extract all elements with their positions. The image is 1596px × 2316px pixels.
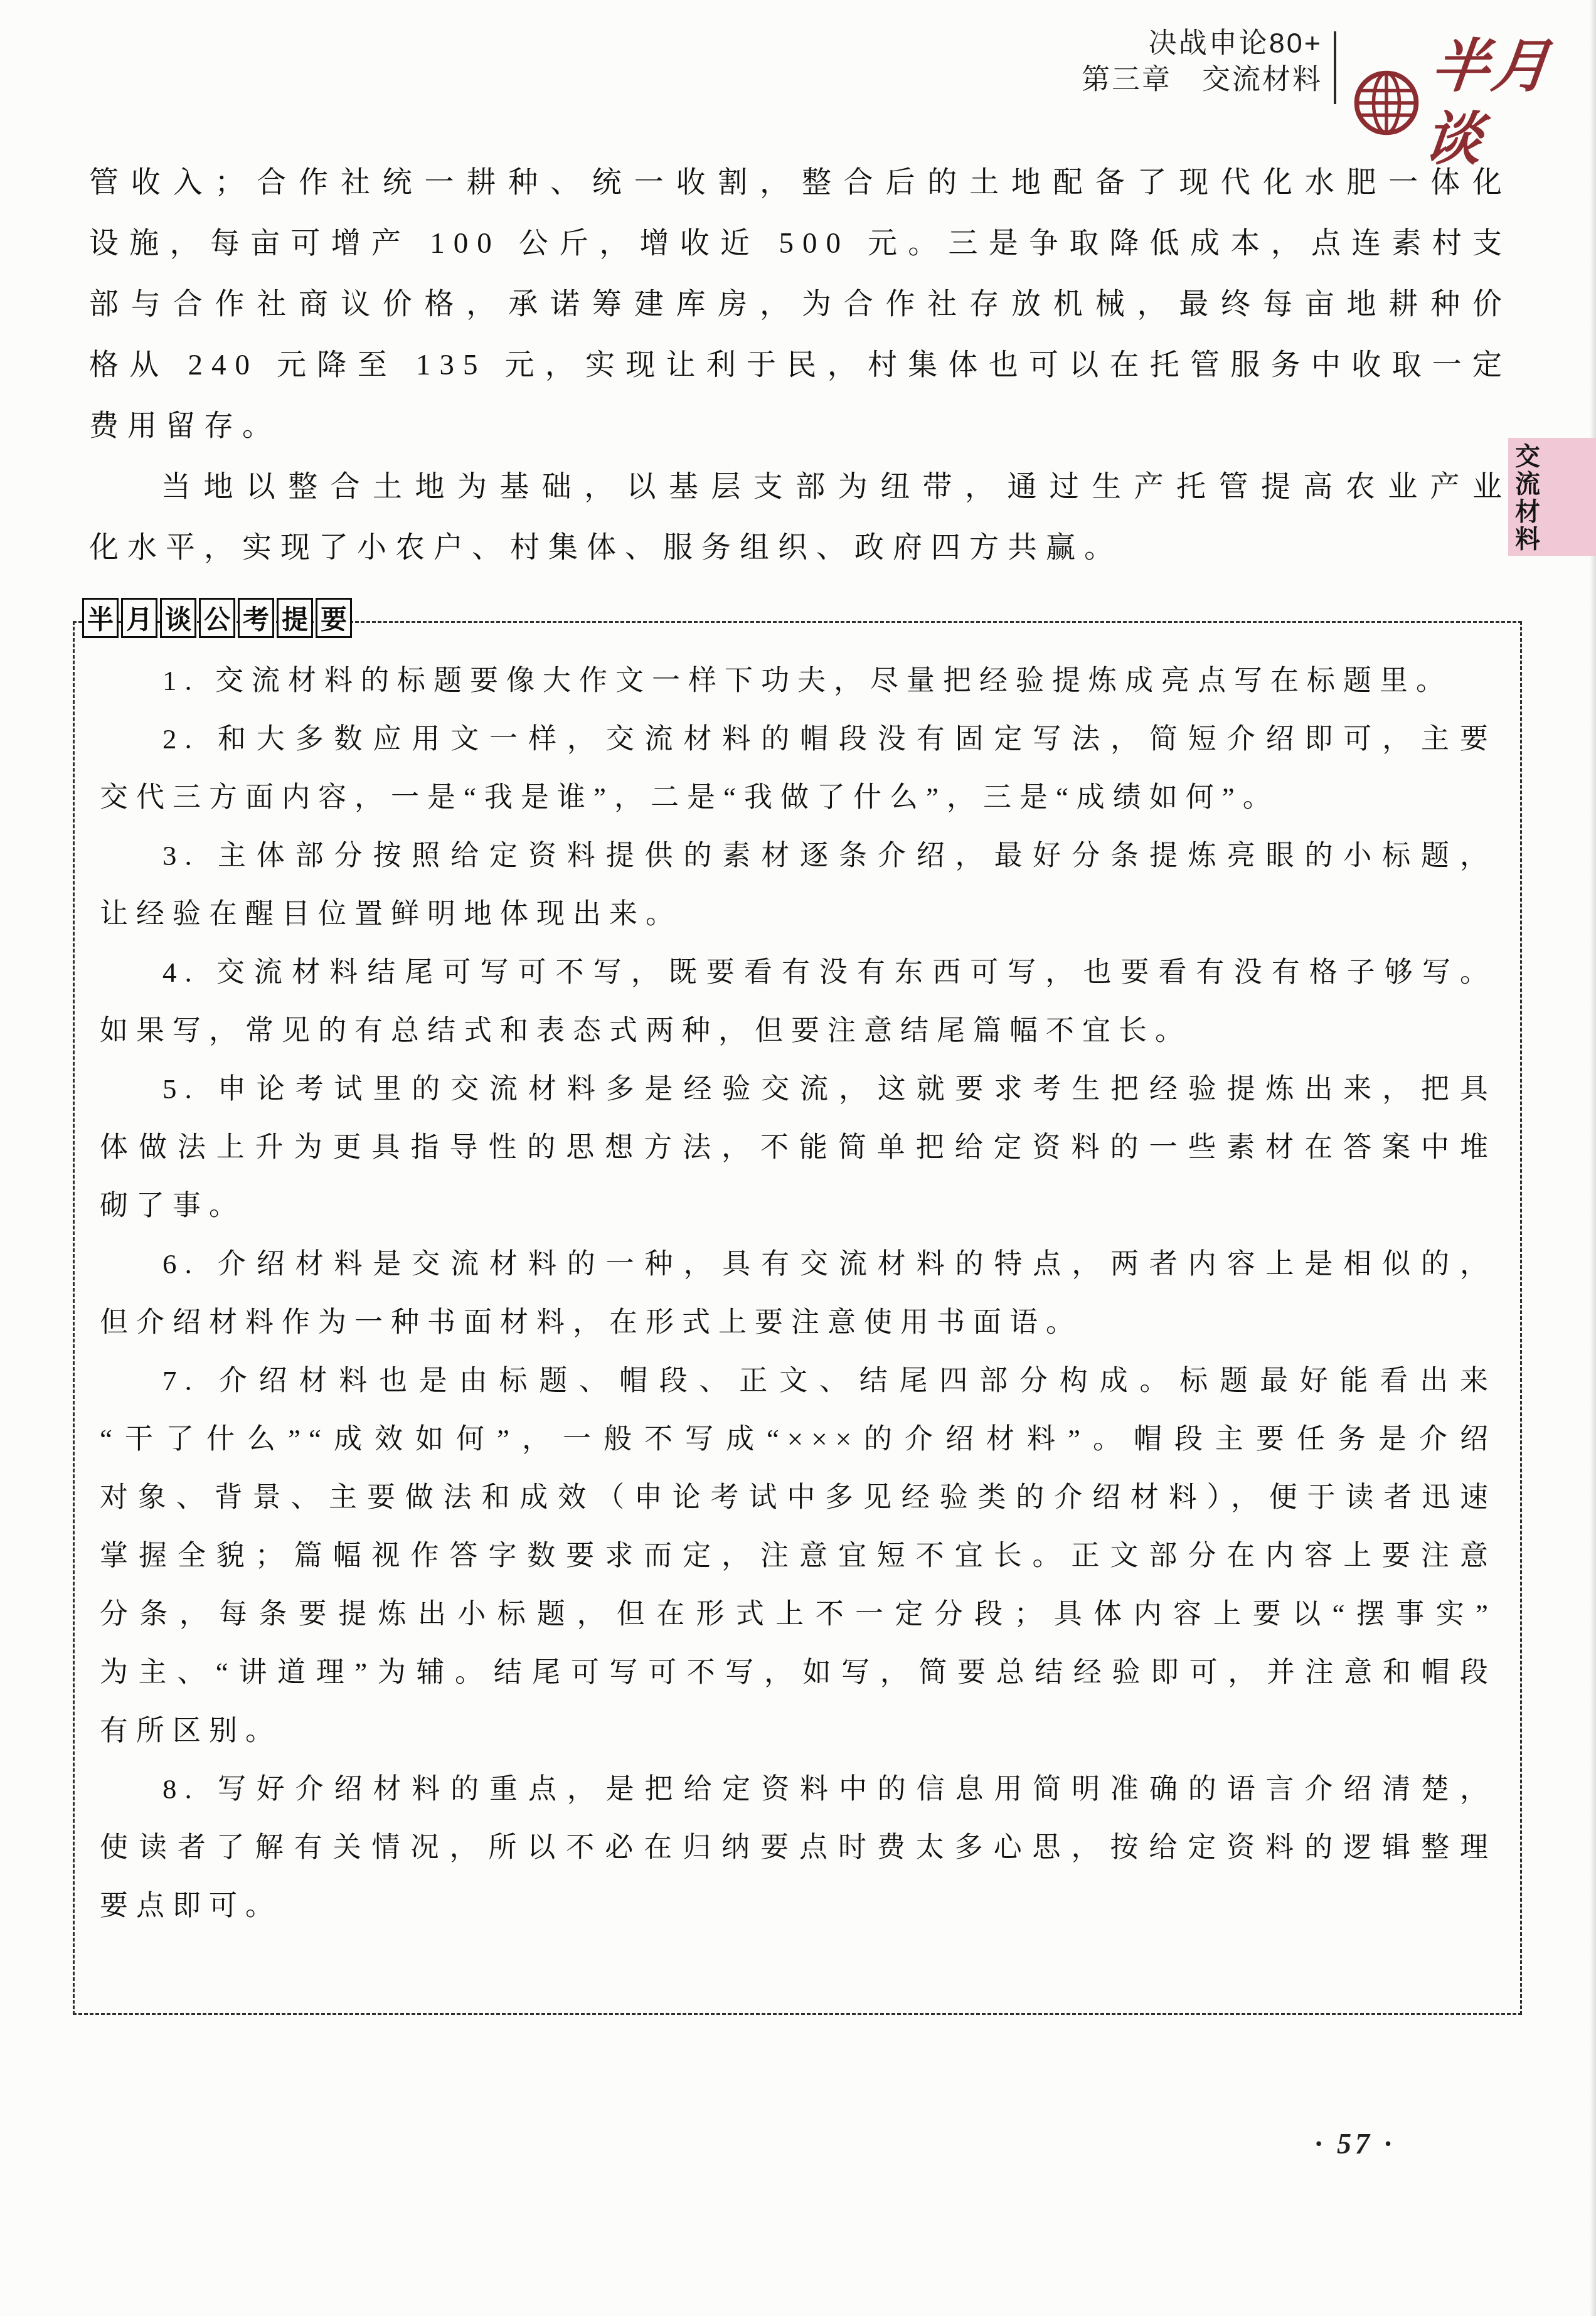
tip-text-line: 使读者了解有关情况，所以不必在归纳要点时费太多心思，按给定资料的逻辑整理 xyxy=(100,1819,1496,1877)
tip-text-line: 8. 写好介绍材料的重点，是把给定资料中的信息用简明准确的语言介绍清楚， xyxy=(100,1760,1496,1819)
body-text-line: 管收入；合作社统一耕种、统一收割，整合后的土地配备了现代化水肥一体化 xyxy=(89,152,1511,213)
tip-text-line: 但介绍材料作为一种书面材料，在形式上要注意使用书面语。 xyxy=(100,1293,1496,1352)
side-tab-char: 流 xyxy=(1513,470,1542,498)
tip-text-line: “干了什么”“成效如何”，一般不写成“×××的介绍材料”。帽段主要任务是介绍 xyxy=(100,1410,1496,1469)
body-paragraphs: 管收入；合作社统一耕种、统一收割，整合后的土地配备了现代化水肥一体化设施，每亩可… xyxy=(89,152,1511,578)
tip-title-char: 月 xyxy=(121,598,157,638)
chapter-side-tab: 交流材料 xyxy=(1508,438,1596,556)
header-divider xyxy=(1334,31,1336,104)
page-number: · 57 · xyxy=(1315,2128,1395,2160)
scan-edge xyxy=(1590,0,1596,2316)
side-tab-char: 交 xyxy=(1513,443,1542,470)
tip-text-line: 7. 介绍材料也是由标题、帽段、正文、结尾四部分构成。标题最好能看出来 xyxy=(100,1352,1496,1410)
tip-title-char: 公 xyxy=(199,598,235,638)
tip-text-line: 要点即可。 xyxy=(100,1877,1496,1935)
tip-text-line: 3. 主体部分按照给定资料提供的素材逐条介绍，最好分条提炼亮眼的小标题， xyxy=(100,827,1496,885)
tip-text-line: 交代三方面内容，一是“我是谁”，二是“我做了什么”，三是“成绩如何”。 xyxy=(100,768,1496,827)
tip-text-line: 分条，每条要提炼出小标题，但在形式上不一定分段；具体内容上要以“摆事实” xyxy=(100,1585,1496,1644)
tip-title-char: 提 xyxy=(277,598,313,638)
body-text-line: 部与合作社商议价格，承诺筹建库房，为合作社存放机械，最终每亩地耕种价 xyxy=(89,274,1511,335)
body-text-line: 化水平，实现了小农户、村集体、服务组织、政府四方共赢。 xyxy=(89,518,1511,578)
tip-title-char: 半 xyxy=(82,598,119,638)
body-text-line: 格从 240 元降至 135 元，实现让利于民，村集体也可以在托管服务中收取一定 xyxy=(89,335,1511,396)
page: 决战申论80+ 第三章 交流材料 半月谈 交流材料 管收入；合作社统一耕种、统一… xyxy=(0,0,1596,2316)
tip-box-content: 1. 交流材料的标题要像大作文一样下功夫，尽量把经验提炼成亮点写在标题里。2. … xyxy=(100,652,1496,1935)
header-titles: 决战申论80+ 第三章 交流材料 xyxy=(883,25,1322,98)
tip-text-line: 2. 和大多数应用文一样，交流材料的帽段没有固定写法，简短介绍即可，主要 xyxy=(100,710,1496,768)
tip-text-line: 砌了事。 xyxy=(100,1177,1496,1235)
body-text-line: 费用留存。 xyxy=(89,396,1511,457)
body-text-line: 设施，每亩可增产 100 公斤，增收近 500 元。三是争取降低成本，点连素村支 xyxy=(89,213,1511,274)
body-text-line: 当地以整合土地为基础，以基层支部为纽带，通过生产托管提高农业产业 xyxy=(89,457,1511,518)
book-title: 决战申论80+ xyxy=(883,25,1322,61)
tip-box: 半月谈公考提要 1. 交流材料的标题要像大作文一样下功夫，尽量把经验提炼成亮点写… xyxy=(73,621,1522,2015)
tip-text-line: 5. 申论考试里的交流材料多是经验交流，这就要求考生把经验提炼出来，把具 xyxy=(100,1060,1496,1118)
tip-text-line: 1. 交流材料的标题要像大作文一样下功夫，尽量把经验提炼成亮点写在标题里。 xyxy=(100,652,1496,710)
tip-title-char: 考 xyxy=(238,598,274,638)
side-tab-char: 材 xyxy=(1513,498,1542,526)
tip-text-line: 为主、“讲道理”为辅。结尾可写可不写，如写，简要总结经验即可，并注意和帽段 xyxy=(100,1644,1496,1702)
tip-text-line: 如果写，常见的有总结式和表态式两种，但要注意结尾篇幅不宜长。 xyxy=(100,1002,1496,1060)
tip-text-line: 6. 介绍材料是交流材料的一种，具有交流材料的特点，两者内容上是相似的， xyxy=(100,1235,1496,1293)
tip-title-char: 要 xyxy=(316,598,352,638)
tip-text-line: 掌握全貌；篇幅视作答字数要求而定，注意宜短不宜长。正文部分在内容上要注意 xyxy=(100,1527,1496,1585)
chapter-title: 第三章 交流材料 xyxy=(883,61,1322,98)
tip-text-line: 4. 交流材料结尾可写可不写，既要看有没有东西可写，也要看有没有格子够写。 xyxy=(100,943,1496,1002)
tip-title-char: 谈 xyxy=(160,598,196,638)
tip-text-line: 有所区别。 xyxy=(100,1702,1496,1760)
tip-box-title: 半月谈公考提要 xyxy=(82,598,352,638)
tip-text-line: 体做法上升为更具指导性的思想方法，不能简单把给定资料的一些素材在答案中堆 xyxy=(100,1118,1496,1177)
tip-text-line: 让经验在醒目位置鲜明地体现出来。 xyxy=(100,885,1496,943)
globe-icon xyxy=(1353,66,1420,139)
tip-text-line: 对象、背景、主要做法和成效（申论考试中多见经验类的介绍材料），便于读者迅速 xyxy=(100,1469,1496,1527)
side-tab-char: 料 xyxy=(1513,526,1542,553)
